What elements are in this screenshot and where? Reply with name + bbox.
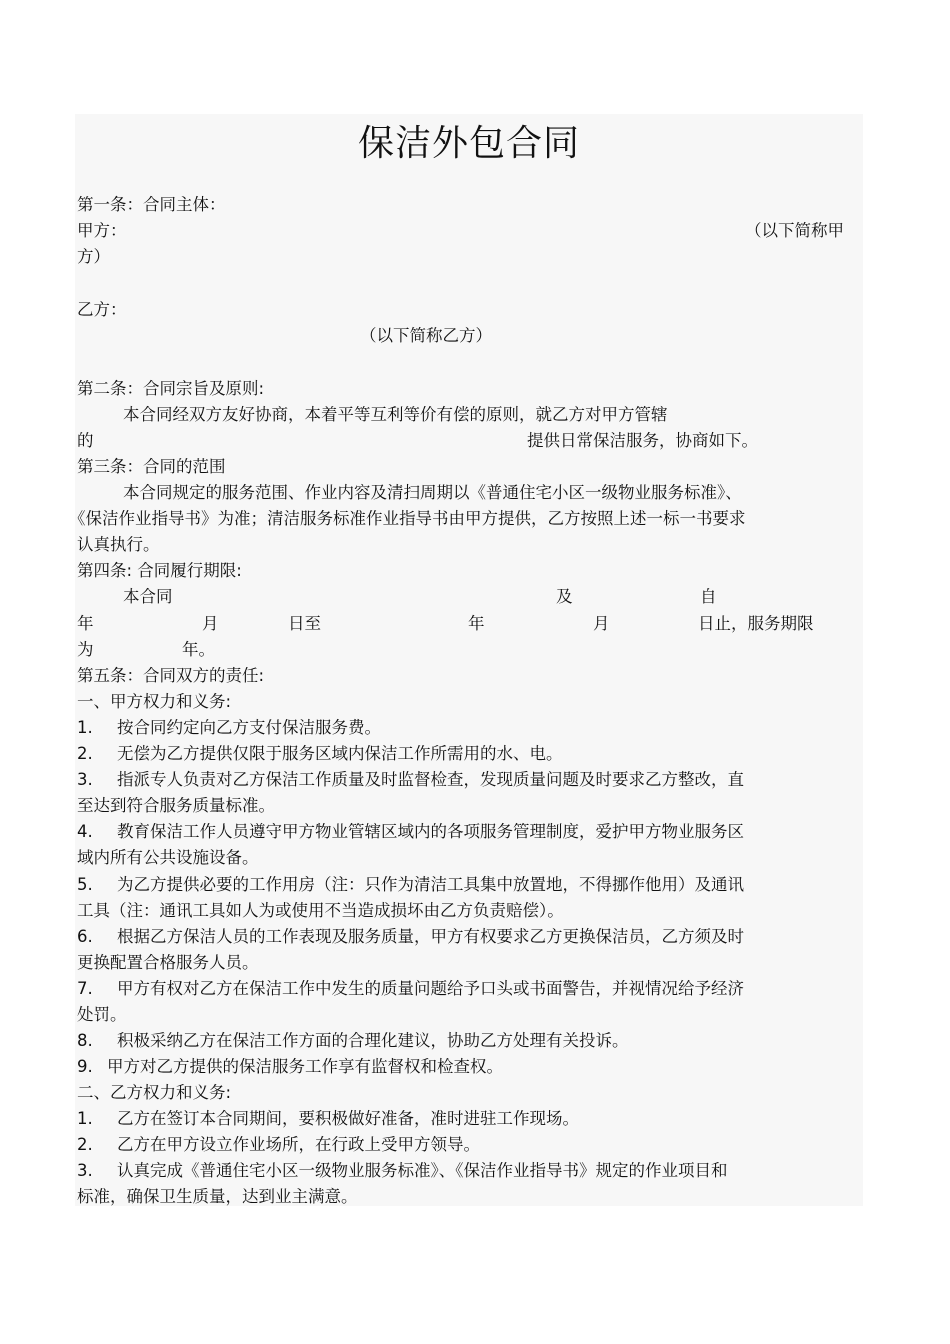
list-item-cont: 处罚。 [77,1002,127,1028]
list-item-cont: 工具（注：通讯工具如人为或使用不当造成损坏由乙方负责赔偿）。 [77,898,564,924]
art4-heading: 第四条: 合同履行期限: [77,558,242,584]
party-b-section: 二、乙方权力和义务: [77,1080,231,1106]
art3-line1: 本合同规定的服务范围、作业内容及清扫周期以《普通住宅小区一级物业服务标准》、 [123,480,742,506]
art5-heading: 第五条：合同双方的责任: [77,663,264,689]
list-item: 8.积极采纳乙方在保洁工作方面的合理化建议，协助乙方处理有关投诉。 [77,1028,629,1054]
list-item: 3.认真完成《普通住宅小区一级物业服务标准》、《保洁作业指导书》规定的作业项目和 [77,1158,728,1184]
list-item: 1.按合同约定向乙方支付保洁服务费。 [77,715,381,741]
list-item: 9.甲方对乙方提供的保洁服务工作享有监督权和检查权。 [77,1054,503,1080]
document-title: 保洁外包合同 [75,122,863,166]
art2-line2-end: 提供日常保洁服务，协商如下。 [527,428,758,454]
list-item: 4.教育保洁工作人员遵守甲方物业管辖区域内的各项服务管理制度，爱护甲方物业服务区 [77,819,744,845]
list-item-cont: 标准，确保卫生质量，达到业主满意。 [77,1184,358,1210]
list-item-cont: 域内所有公共设施设备。 [77,845,259,871]
party-a-label: 甲方： [77,221,127,240]
art1-heading: 第一条：合同主体： [77,192,226,218]
art2-line1: 本合同经双方友好协商，本着平等互利等价有偿的原则，就乙方对甲方管辖 [123,402,668,428]
art4-l1-a: 本合同 [123,584,173,610]
list-item: 1.乙方在签订本合同期间，要积极做好准备，准时进驻工作现场。 [77,1106,579,1132]
art4-l1-b: 及 [556,584,573,610]
art4-line3: 为 年。 [77,637,861,663]
list-item: 3.指派专人负责对乙方保洁工作质量及时监督检查，发现质量问题及时要求乙方整改，直 [77,767,744,793]
party-a-suffix-wrap: 方） [77,244,110,270]
art2-heading: 第二条：合同宗旨及原则: [77,376,264,402]
art2-line2: 的 提供日常保洁服务，协商如下。 [77,428,861,454]
art4-l3-a: 为 [77,637,94,663]
art2-line2-start: 的 [77,431,94,450]
party-b-suffix: （以下简称乙方） [360,323,492,349]
list-item-cont: 至达到符合服务质量标准。 [77,793,275,819]
art3-heading: 第三条：合同的范围 [77,454,226,480]
list-item: 6.根据乙方保洁人员的工作表现及服务质量，甲方有权要求乙方更换保洁员，乙方须及时 [77,924,744,950]
party-a-section: 一、甲方权力和义务: [77,689,231,715]
art3-line2: 《保洁作业指导书》为准；清洁服务标准作业指导书由甲方提供，乙方按照上述一标一书要… [69,506,746,532]
art4-line1: 本合同 及 自 [77,584,861,610]
art4-l2-a: 年 [77,611,94,637]
party-a-line: 甲方： （以下简称甲 [77,218,861,244]
document-page: 保洁外包合同 第一条：合同主体： 甲方： （以下简称甲 方） 乙方： （以下简称… [75,114,863,1206]
art4-line2: 年 月 日至 年 月 日止，服务期限 [77,611,861,637]
art4-l1-c: 自 [700,584,717,610]
art4-l2-d: 年 [468,611,485,637]
list-item: 7.甲方有权对乙方在保洁工作中发生的质量问题给予口头或书面警告，并视情况给予经济 [77,976,744,1002]
list-item-cont: 更换配置合格服务人员。 [77,950,259,976]
list-item: 2.无偿为乙方提供仅限于服务区域内保洁工作所需用的水、电。 [77,741,563,767]
party-a-suffix: （以下简称甲 [745,218,844,244]
art4-l2-b: 月 [202,611,219,637]
list-item: 5.为乙方提供必要的工作用房（注：只作为清洁工具集中放置地，不得挪作他用）及通讯 [77,872,744,898]
art4-l2-f: 日止，服务期限 [698,611,814,637]
party-b-label: 乙方： [77,297,127,323]
art4-l3-b: 年。 [182,637,215,663]
list-item: 2.乙方在甲方设立作业场所，在行政上受甲方领导。 [77,1132,480,1158]
art4-l2-c: 日至 [288,611,321,637]
art4-l2-e: 月 [593,611,610,637]
art3-line3: 认真执行。 [77,532,160,558]
